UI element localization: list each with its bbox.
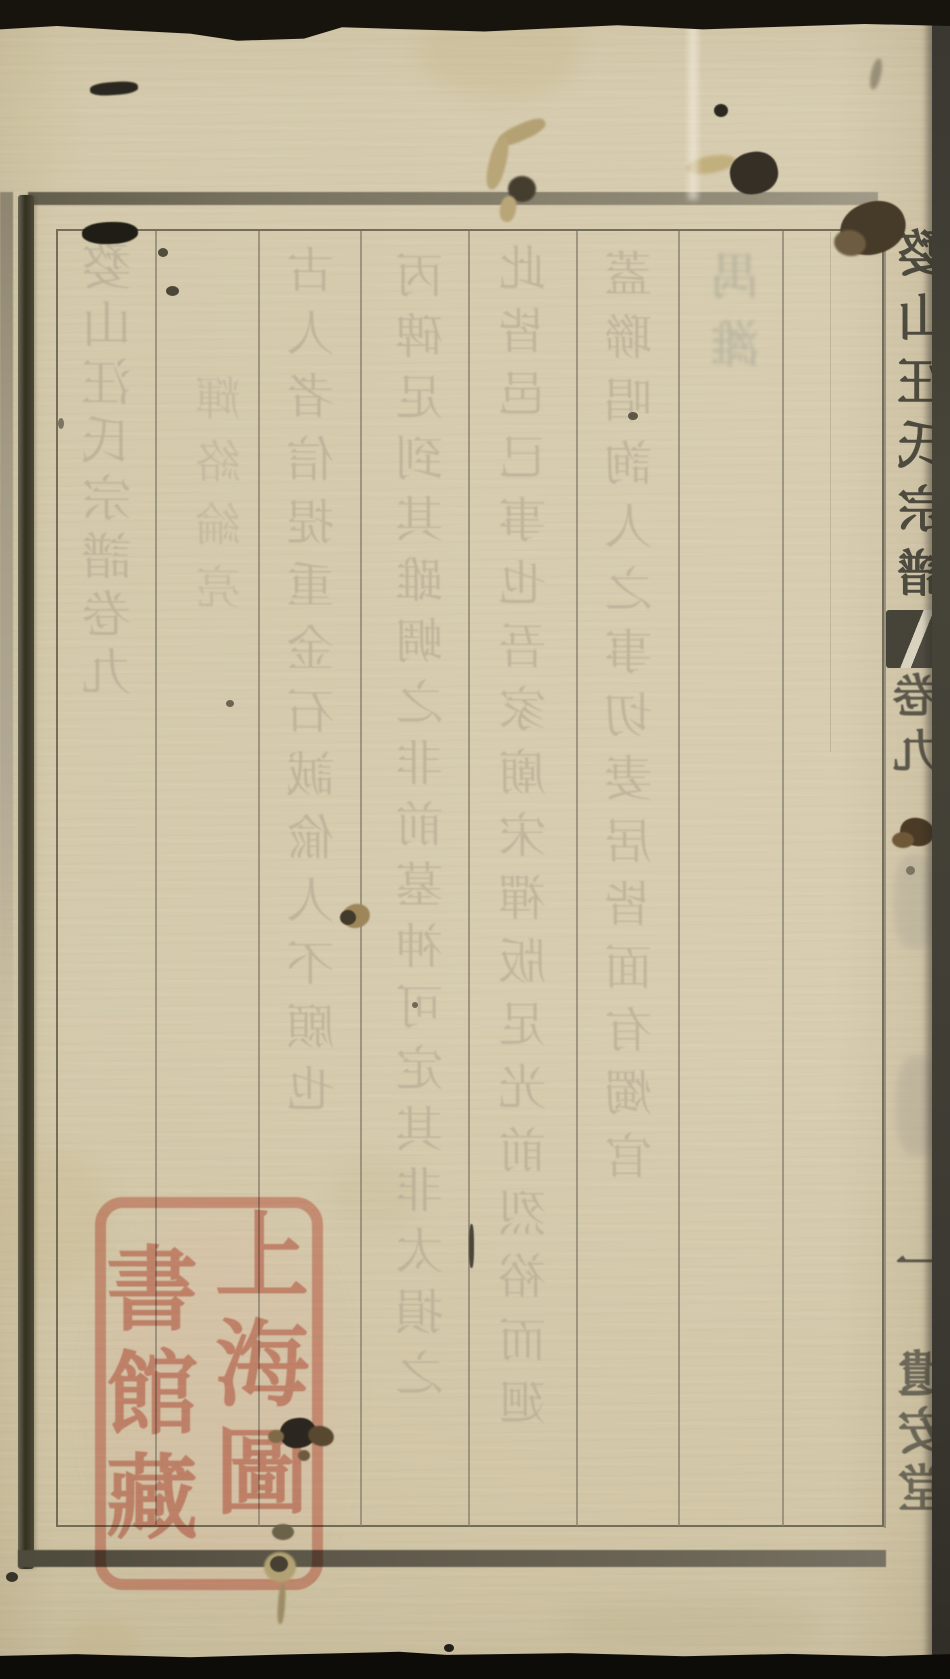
glyph: 輝 bbox=[188, 368, 248, 431]
glyph: 綸 bbox=[188, 494, 248, 557]
fold-crease bbox=[688, 0, 698, 200]
glyph: 皆 bbox=[597, 874, 659, 937]
glyph: 損 bbox=[388, 1283, 450, 1344]
glyph: 丙 bbox=[388, 246, 450, 307]
bleed-column-2: 輝絡綸亮 bbox=[188, 368, 248, 620]
glyph: 絡 bbox=[188, 431, 248, 494]
glyph: 此 bbox=[491, 238, 553, 301]
glyph: 燭 bbox=[597, 1063, 659, 1126]
glyph: 墓 bbox=[388, 856, 450, 917]
glyph: 提 bbox=[279, 492, 341, 555]
bleed-column-4: 丙碑足到其雖蜩之非前墓神可定其非太損之 bbox=[388, 246, 450, 1405]
glyph: 上 bbox=[201, 1203, 323, 1311]
glyph: 事 bbox=[491, 490, 553, 553]
bleed-column-5: 此皆邑已事也吾家廟宋禪版足光前烈裕而廻 bbox=[491, 238, 553, 1435]
glyph: 裕 bbox=[491, 1246, 553, 1309]
glyph: 家 bbox=[491, 679, 553, 742]
ink-dot bbox=[714, 104, 728, 117]
speck bbox=[412, 1002, 418, 1008]
ink-dot bbox=[628, 412, 638, 420]
glyph: 婺 bbox=[74, 238, 139, 296]
glyph: 宗 bbox=[74, 470, 139, 528]
wormhole-piece bbox=[272, 1524, 294, 1540]
glyph: 非 bbox=[388, 734, 450, 795]
glyph: 願 bbox=[279, 996, 341, 1059]
glyph: 海 bbox=[201, 1311, 323, 1419]
glyph: 可 bbox=[388, 978, 450, 1039]
glyph: 人 bbox=[279, 870, 341, 933]
glyph: 不 bbox=[279, 933, 341, 996]
glyph: 古 bbox=[279, 240, 341, 303]
glyph: 汪 bbox=[74, 354, 139, 412]
bleed-column-7: 禺濰 bbox=[702, 243, 767, 379]
glyph: 切 bbox=[597, 685, 659, 748]
glyph: 蓋 bbox=[597, 244, 659, 307]
glyph: 藏 bbox=[92, 1446, 212, 1550]
glyph: 太 bbox=[388, 1222, 450, 1283]
glyph: 重 bbox=[279, 555, 341, 618]
glyph: 足 bbox=[491, 994, 553, 1057]
glyph: 吾 bbox=[491, 616, 553, 679]
glyph: 碑 bbox=[388, 307, 450, 368]
glyph: 亮 bbox=[188, 557, 248, 620]
glyph: 面 bbox=[597, 937, 659, 1000]
glyph: 石 bbox=[279, 681, 341, 744]
glyph: 也 bbox=[491, 553, 553, 616]
glyph: 卷 bbox=[74, 586, 139, 644]
glyph: 居 bbox=[597, 811, 659, 874]
glyph: 足 bbox=[388, 368, 450, 429]
glyph: 偸 bbox=[279, 807, 341, 870]
glyph: 廻 bbox=[491, 1372, 553, 1435]
glyph: 事 bbox=[597, 622, 659, 685]
glyph: 山 bbox=[74, 296, 139, 354]
glyph: 誠 bbox=[279, 744, 341, 807]
glyph: 有 bbox=[597, 1000, 659, 1063]
ink-smudge bbox=[469, 1224, 474, 1268]
glyph: 書 bbox=[92, 1238, 212, 1342]
glyph: 非 bbox=[388, 1161, 450, 1222]
glyph: 宋 bbox=[491, 805, 553, 868]
bleed-column-3: 古人者信提重金石誠偸人不願也 bbox=[279, 240, 341, 1122]
glyph: 之 bbox=[597, 559, 659, 622]
droplet bbox=[298, 1450, 310, 1461]
glyph: 廟 bbox=[491, 742, 553, 805]
wormhole-dark bbox=[340, 910, 356, 925]
glyph: 人 bbox=[279, 303, 341, 366]
book-scan-page: 婺山汪氏宗譜卷九輝絡綸亮古人者信提重金石誠偸人不願也丙碑足到其雖蜩之非前墓神可定… bbox=[0, 0, 950, 1679]
glyph: 光 bbox=[491, 1057, 553, 1120]
glyph: 已 bbox=[491, 427, 553, 490]
glyph: 聯 bbox=[597, 307, 659, 370]
book-spine-band bbox=[932, 0, 950, 1679]
ink-dot bbox=[6, 1572, 18, 1582]
column-rule bbox=[576, 231, 578, 1526]
glyph: 烈 bbox=[491, 1183, 553, 1246]
glyph: 九 bbox=[74, 644, 139, 702]
glyph: 人 bbox=[597, 496, 659, 559]
wormhole-dark bbox=[270, 1556, 288, 1572]
glyph: 其 bbox=[388, 1100, 450, 1161]
seal-column-left: 書館藏 bbox=[92, 1238, 212, 1550]
glyph: 館 bbox=[92, 1342, 212, 1446]
bleed-column-1: 婺山汪氏宗譜卷九 bbox=[74, 238, 139, 702]
glyph: 氏 bbox=[74, 412, 139, 470]
glyph: 定 bbox=[388, 1039, 450, 1100]
frame-right-border bbox=[884, 224, 886, 1528]
glyph: 信 bbox=[279, 429, 341, 492]
column-rule bbox=[468, 231, 470, 1526]
glyph: 濰 bbox=[702, 311, 767, 379]
glyph: 版 bbox=[491, 931, 553, 994]
glyph: 邑 bbox=[491, 364, 553, 427]
glyph: 前 bbox=[388, 795, 450, 856]
ink-dot bbox=[444, 1644, 454, 1652]
glyph: 唱 bbox=[597, 370, 659, 433]
glyph: 禪 bbox=[491, 868, 553, 931]
glyph: 雖 bbox=[388, 551, 450, 612]
glyph: 譜 bbox=[74, 528, 139, 586]
paper-crease bbox=[830, 232, 831, 752]
ink-smear bbox=[894, 854, 936, 949]
glyph: 神 bbox=[388, 917, 450, 978]
wormhole bbox=[892, 832, 914, 848]
ink-dot bbox=[226, 700, 234, 707]
glyph: 者 bbox=[279, 366, 341, 429]
glyph: 詢 bbox=[597, 433, 659, 496]
glyph: 妻 bbox=[597, 748, 659, 811]
glyph: 蜩 bbox=[388, 612, 450, 673]
glyph: 皆 bbox=[491, 301, 553, 364]
glyph: 禺 bbox=[702, 243, 767, 311]
column-rule bbox=[782, 231, 784, 1526]
stain bbox=[0, 30, 70, 200]
seal-column-right: 上海圖 bbox=[201, 1203, 323, 1527]
glyph: 到 bbox=[388, 429, 450, 490]
glyph: 前 bbox=[491, 1120, 553, 1183]
frame-outer-border-left bbox=[18, 195, 34, 1569]
glyph: 之 bbox=[388, 673, 450, 734]
column-rule bbox=[360, 231, 362, 1526]
stain bbox=[560, 1600, 820, 1650]
bleed-column-6: 蓋聯唱詢人之事切妻居皆面有燭官 bbox=[597, 244, 659, 1189]
glyph: 其 bbox=[388, 490, 450, 551]
page-edge-shadow-left bbox=[0, 192, 13, 1047]
column-rule bbox=[678, 231, 680, 1526]
speck bbox=[58, 418, 64, 429]
glyph: 官 bbox=[597, 1126, 659, 1189]
glyph: 之 bbox=[388, 1344, 450, 1405]
wormhole bbox=[268, 1430, 284, 1443]
glyph: 金 bbox=[279, 618, 341, 681]
glyph: 也 bbox=[279, 1059, 341, 1122]
glyph: 而 bbox=[491, 1309, 553, 1372]
ink-dot bbox=[158, 248, 168, 257]
ink-dot bbox=[166, 286, 179, 296]
